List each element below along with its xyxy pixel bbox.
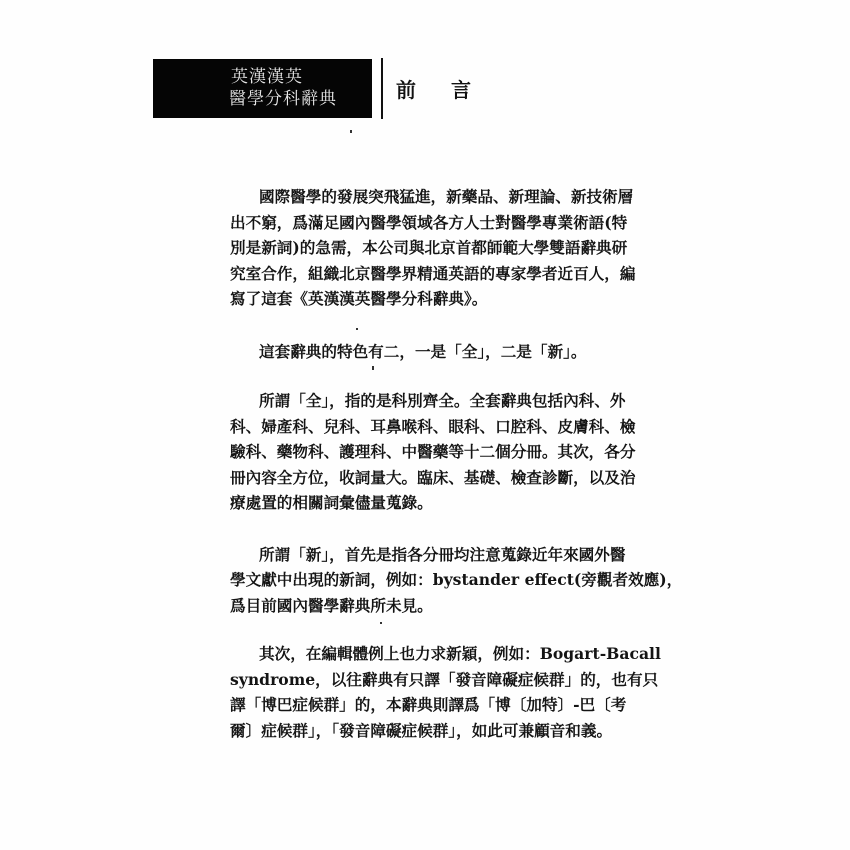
book-title-banner: 英漢漢英 醫學分科辭典 [153,59,372,118]
text-line: 譯「博巴症候群」的，本辭典則譯爲「博〔加特〕-巴〔考 [230,692,610,718]
text-line: 國際醫學的發展突飛猛進，新藥品、新理論、新技術層 [230,184,610,210]
text-line: 所謂「全」，指的是科別齊全。全套辭典包括內科、外 [230,388,610,414]
text-line: 這套辭典的特色有二，一是「全」，二是「新」。 [230,339,610,365]
text-line: syndrome，以往辭典有只譯「發音障礙症候群」的，也有只 [230,667,610,693]
text-line: 驗科、藥物科、護理科、中醫藥等十二個分冊。其次，各分 [230,439,610,465]
preface-body: 國際醫學的發展突飛猛進，新藥品、新理論、新技術層 出不窮，爲滿足國內醫學領域各方… [230,184,610,743]
text-line: 冊內容全方位，收詞量大。臨床、基礎、檢查診斷，以及治 [230,465,610,491]
text-line: 寫了這套《英漢漢英醫學分科辭典》。 [230,286,610,312]
book-title-line-2: 醫學分科辭典 [229,89,337,109]
text-line: 其次，在編輯體例上也力求新穎，例如：Bogart-Bacall [230,641,610,667]
paragraph-2: 這套辭典的特色有二，一是「全」，二是「新」。 [230,339,610,365]
text-line: 所謂「新」，首先是指各分冊均注意蒐錄近年來國外醫 [230,542,610,568]
text-line: 別是新詞)的急需，本公司與北京首都師範大學雙語辭典研 [230,235,610,261]
section-heading: 前 言 [396,78,485,102]
text-line: 爾〕症候群」，「發音障礙症候群」，如此可兼顧音和義。 [230,718,610,744]
text-line: 學文獻中出現的新詞，例如：bystander effect(旁觀者效應)， [230,567,610,593]
scan-artifact [350,130,352,133]
header-divider [381,58,383,119]
paragraph-1: 國際醫學的發展突飛猛進，新藥品、新理論、新技術層 出不窮，爲滿足國內醫學領域各方… [230,184,610,312]
text-line: 究室合作，組織北京醫學界精通英語的專家學者近百人，編 [230,261,610,287]
text-line: 科、婦產科、兒科、耳鼻喉科、眼科、口腔科、皮膚科、檢 [230,414,610,440]
text-line: 出不窮，爲滿足國內醫學領域各方人士對醫學專業術語(特 [230,210,610,236]
scanned-book-page: 英漢漢英 醫學分科辭典 前 言 國際醫學的發展突飛猛進，新藥品、新理論、新技術層… [0,0,850,850]
book-title-line-1: 英漢漢英 [231,67,303,87]
text-line: 爲目前國內醫學辭典所未見。 [230,593,610,619]
paragraph-4: 所謂「新」，首先是指各分冊均注意蒐錄近年來國外醫 學文獻中出現的新詞，例如：by… [230,542,610,619]
paragraph-5: 其次，在編輯體例上也力求新穎，例如：Bogart-Bacall syndrome… [230,641,610,743]
text-line: 療處置的相關詞彙儘量蒐錄。 [230,490,610,516]
paragraph-3: 所謂「全」，指的是科別齊全。全套辭典包括內科、外 科、婦產科、兒科、耳鼻喉科、眼… [230,388,610,516]
